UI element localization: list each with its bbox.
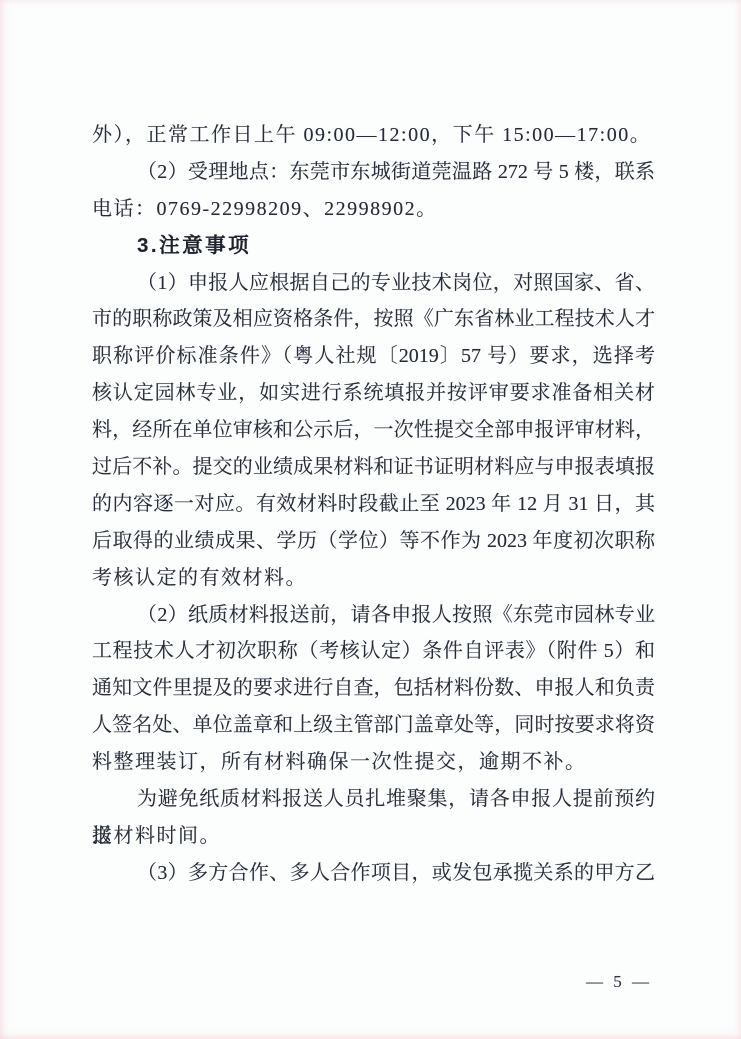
text-line: （1）申报人应根据自己的专业技术岗位，对照国家、省、 xyxy=(92,265,655,302)
text-line: （3）多方合作、多人合作项目，或发包承揽关系的甲方乙 xyxy=(92,855,655,892)
text-line: 料，经所在单位审核和公示后，一次性提交全部申报评审材料， xyxy=(92,412,655,449)
text-line: 核认定园林专业，如实进行系统填报并按评审要求准备相关材 xyxy=(92,375,655,412)
page-number: — 5 — xyxy=(586,972,652,992)
text-line: （2）受理地点：东莞市东城街道莞温路 272 号 5 楼，联系 xyxy=(92,154,655,191)
text-line: 外），正常工作日上午 09:00—12:00，下午 15:00—17:00。 xyxy=(92,117,655,154)
text-line: 3.注意事项 xyxy=(92,228,655,265)
text-line: 通知文件里提及的要求进行自查，包括材料份数、申报人和负责 xyxy=(92,670,655,707)
text-line: 送材料时间。 xyxy=(92,818,655,855)
text-line: 过后不补。提交的业绩成果材料和证书证明材料应与申报表填报 xyxy=(92,449,655,486)
text-line: 工程技术人才初次职称（考核认定）条件自评表》（附件 5）和 xyxy=(92,633,655,670)
text-line: 为避免纸质材料报送人员扎堆聚集，请各申报人提前预约报 xyxy=(92,781,655,818)
text-line: 人签名处、单位盖章和上级主管部门盖章处等，同时按要求将资 xyxy=(92,707,655,744)
text-line: 料整理装订，所有材料确保一次性提交，逾期不补。 xyxy=(92,744,655,781)
text-line: 考核认定的有效材料。 xyxy=(92,560,655,597)
text-line: 职称评价标准条件》（粤人社规〔2019〕57 号）要求，选择考 xyxy=(92,338,655,375)
document-body: 外），正常工作日上午 09:00—12:00，下午 15:00—17:00。（2… xyxy=(92,117,655,892)
document-page: 外），正常工作日上午 09:00—12:00，下午 15:00—17:00。（2… xyxy=(0,0,741,1039)
text-line: （2）纸质材料报送前，请各申报人按照《东莞市园林专业 xyxy=(92,597,655,634)
text-line: 市的职称政策及相应资格条件，按照《广东省林业工程技术人才 xyxy=(92,301,655,338)
text-line: 电话：0769-22998209、22998902。 xyxy=(92,191,655,228)
text-line: 后取得的业绩成果、学历（学位）等不作为 2023 年度初次职称 xyxy=(92,523,655,560)
text-line: 的内容逐一对应。有效材料时段截止至 2023 年 12 月 31 日，其 xyxy=(92,486,655,523)
